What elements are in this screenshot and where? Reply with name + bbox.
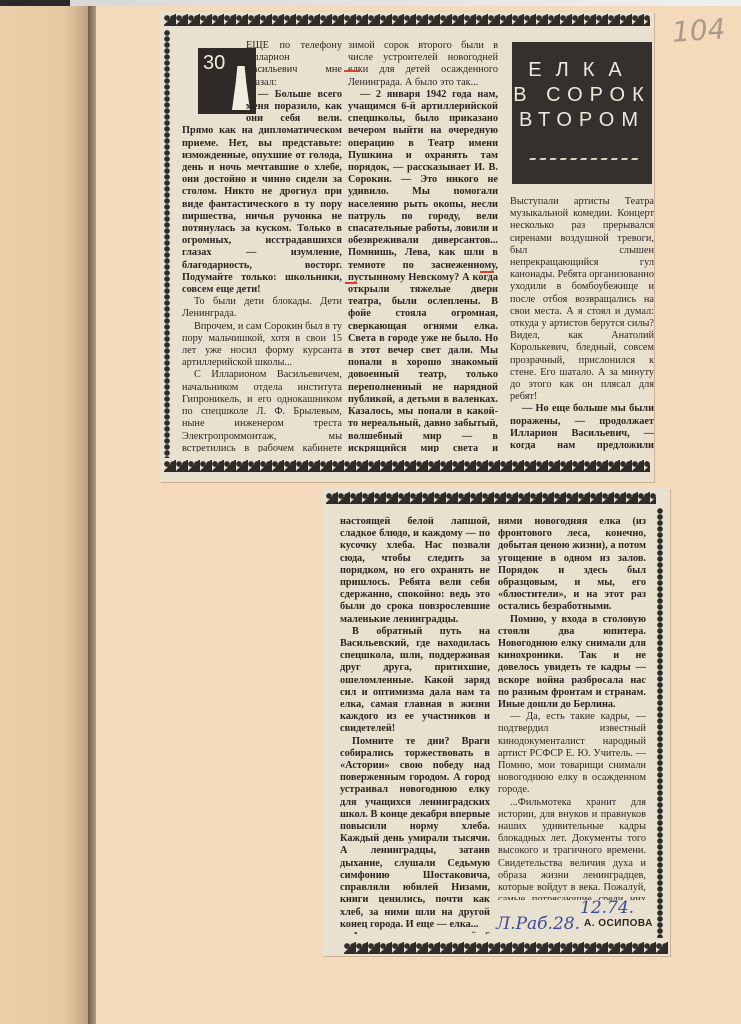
paragraph: С Илларионом Васильевичем, начальником о… [182, 369, 342, 452]
paragraph: Помните те дни? Враги собирались торжест… [340, 736, 490, 931]
ornament-border-bottom-icon [164, 460, 650, 472]
red-pencil-mark [344, 70, 360, 72]
left-page [0, 0, 92, 1024]
badge-float-spacer [182, 40, 246, 116]
ornament-border-bottom-icon [344, 942, 668, 954]
paragraph: Впрочем, и сам Сорокин был в ту пору мал… [182, 321, 342, 370]
paragraph: Помню, у входа в столовую стояли два юпи… [498, 614, 646, 712]
ornament-border-right-icon [656, 508, 668, 938]
paragraph: ...Фильмотека хранит для истории, для вн… [498, 797, 646, 900]
paragraph: В обратный путь на Васильевский, где нах… [340, 626, 490, 736]
paragraph: настоящей белой лапшой, сладкое блюдо, и… [340, 516, 490, 626]
handwritten-source-note: Л.Раб.28. [496, 914, 580, 934]
ornament-border-top-icon [164, 14, 650, 26]
paragraph: зимой сорок второго были в числе устроит… [348, 40, 498, 89]
red-pencil-mark [480, 271, 494, 273]
paragraph: — Больше всего меня поразило, как они се… [182, 89, 342, 296]
paragraph: А спустя несколько дней, 6 января 1942 г… [340, 931, 490, 934]
headline-line-1: ЕЛКА [512, 58, 652, 83]
handwritten-date-note: 12.74. [580, 898, 634, 918]
clip1-column-2: зимой сорок второго были в числе устроит… [348, 40, 498, 452]
clip2-column-2: нями новогодняя елка (из фронтового леса… [498, 516, 646, 900]
ornament-border-left-icon [163, 30, 175, 458]
red-pencil-mark [345, 282, 357, 284]
paragraph: — 2 января 1942 года нам, учащимся 6-й а… [348, 89, 498, 452]
clip1-column-1: ЕЩЕ по телефону Илларион Васильевич мне … [182, 40, 342, 452]
clip1-column-3: Выступали артисты Театра музыкальной ком… [510, 196, 654, 454]
paragraph: — Но еще больше мы были поражены, — прод… [510, 403, 654, 454]
wave-ornament-icon [526, 158, 639, 166]
headline-line-2: В СОРОК [512, 83, 652, 108]
paragraph: нями новогодняя елка (из фронтового леса… [498, 516, 646, 614]
headline-box: ЕЛКА В СОРОК ВТОРОМ [512, 42, 652, 184]
paragraph: Выступали артисты Театра музыкальной ком… [510, 196, 654, 403]
headline-line-3: ВТОРОМ [512, 108, 652, 133]
paragraph: То были дети блокады. Дети Ленинграда. [182, 296, 342, 320]
paragraph: — Да, есть такие кадры, — подтвердил изв… [498, 711, 646, 796]
scan-edge [0, 0, 741, 6]
author-byline: А. ОСИПОВА [584, 918, 653, 929]
ornament-border-top-icon [326, 492, 656, 504]
page-number: 104 [671, 12, 727, 49]
clip2-column-1: настоящей белой лапшой, сладкое блюдо, и… [340, 516, 490, 934]
